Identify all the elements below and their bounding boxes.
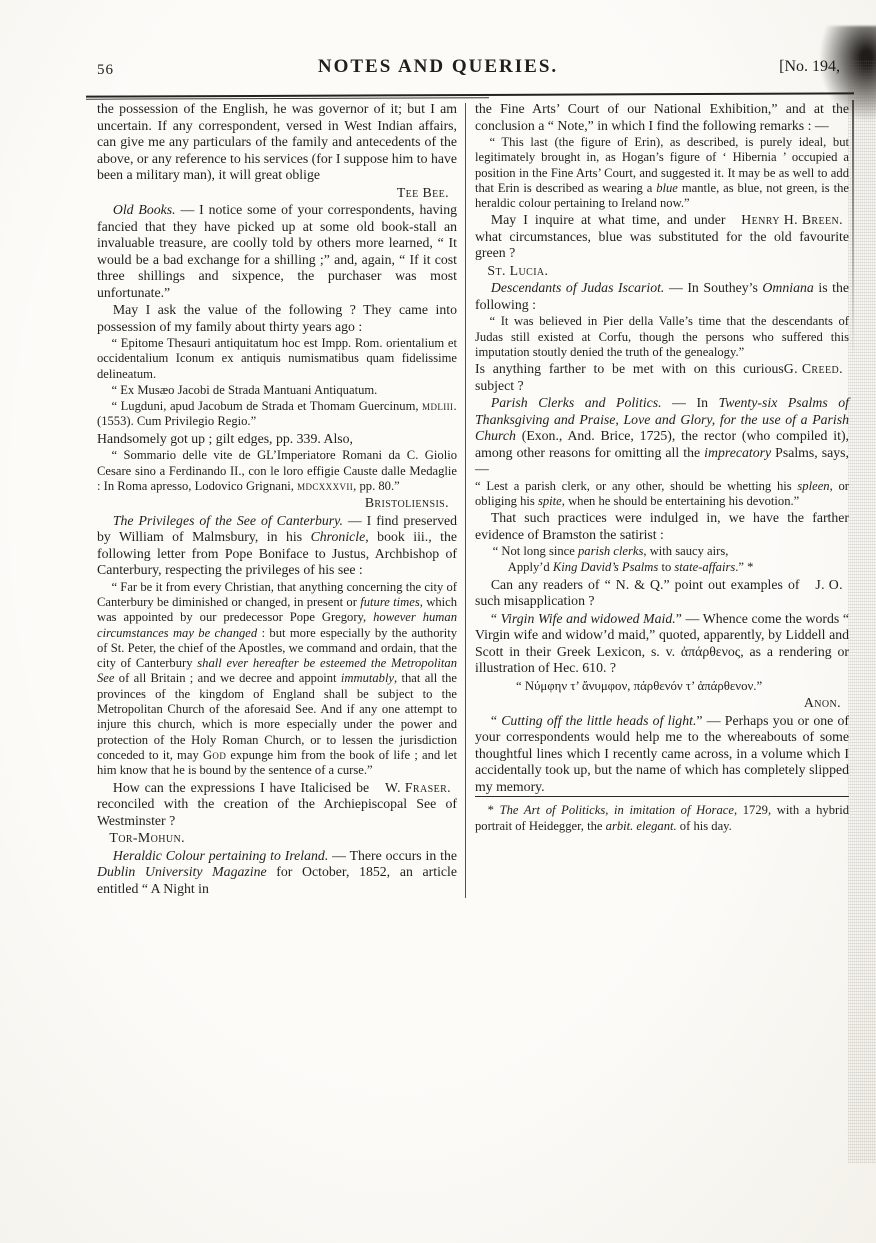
text-run: Omniana (762, 280, 813, 295)
text-run: “ Sommario delle vite de GL’Imperiatore … (97, 448, 457, 493)
text-run: Can any readers of “ N. & Q.” point out … (475, 577, 799, 609)
paragraph-quote: “ Lugduni, apud Jacobum de Strada et Tho… (97, 399, 457, 430)
text-run: Dublin University Magazine (97, 864, 267, 879)
text-run: “ Not long since (493, 544, 578, 558)
query-heraldic-colour: Heraldic Colour pertaining to Ireland. —… (97, 848, 457, 898)
text-run: “ (491, 611, 501, 626)
query-cutting-off: “ Cutting off the little heads of light.… (475, 713, 849, 796)
text-run: Tee Bee. (397, 185, 449, 200)
paragraph-para: G. Creed.Is anything farther to be met w… (475, 361, 849, 394)
text-run: God (203, 748, 226, 762)
paragraph-para: That such practices were indulged in, we… (475, 510, 849, 543)
text-run: The Art of Politicks, in imitation of Ho… (500, 803, 734, 817)
right-column: the Fine Arts’ Court of our National Exh… (475, 101, 849, 898)
text-run: of his day. (677, 819, 732, 833)
paragraph-quote: “ Epitome Thesauri antiquitatum hoc est … (97, 336, 457, 382)
text-run: immutably (341, 671, 394, 685)
text-run: arbit. elegant. (606, 819, 677, 833)
scanned-page: 56 NOTES AND QUERIES. [No. 194, the poss… (0, 0, 876, 1243)
text-run: mdliii. (422, 399, 457, 413)
signature: W. Fraser. (369, 780, 457, 797)
text-run: Virgin Wife and widowed Maid. (501, 611, 676, 626)
signature-bristoliensis: Bristoliensis. (97, 495, 457, 512)
text-run: Anon. (804, 695, 841, 710)
text-run: Descendants of Judas Iscariot. (491, 280, 665, 295)
paragraph-para: May I ask the value of the following ? T… (97, 302, 457, 335)
text-run: , when he should be entertaining his dev… (562, 494, 799, 508)
text-run: state-affairs (674, 560, 735, 574)
text-run: Apply’d (508, 560, 553, 574)
paragraph-para: Handsomely got up ; gilt edges, pp. 339.… (97, 431, 457, 448)
text-run: May I ask the value of the following ? T… (97, 302, 457, 334)
place-st-lucia: St. Lucia. (475, 263, 849, 280)
signature: J. O. (799, 577, 849, 594)
text-run: * (488, 803, 500, 817)
text-run: — In (662, 395, 719, 410)
text-run: — There occurs in the (328, 848, 457, 863)
text-run: the possession of the English, he was go… (97, 101, 457, 182)
text-run: Tor-Mohun. (109, 830, 185, 845)
text-run: Is anything farther to be met with on th… (475, 361, 784, 393)
paragraph-quote: “ Ex Musæo Jacobi de Strada Mantuani Ant… (97, 383, 457, 398)
signature: Henry H. Breen. (725, 212, 849, 229)
paragraph-quote: “ Lest a parish clerk, or any other, sho… (475, 479, 849, 510)
text-run: of all Britain ; and we decree and appoi… (114, 671, 340, 685)
text-run: “ It was believed in Pier della Valle’s … (475, 314, 849, 359)
text-run: Bristoliensis. (365, 495, 449, 510)
text-run: spleen (797, 479, 829, 493)
paragraph-quote: “ This last (the figure of Erin), as des… (475, 135, 849, 211)
paragraph-quote: “ Sommario delle vite de GL’Imperiatore … (97, 448, 457, 494)
text-run: to (658, 560, 674, 574)
scan-edge-noise (848, 60, 876, 1163)
text-run: blue (656, 181, 678, 195)
text-run: , with saucy airs, (643, 544, 728, 558)
paragraph-quote: “ Far be it from every Christian, that a… (97, 580, 457, 779)
text-run: “ Lest a parish clerk, or any other, sho… (475, 479, 797, 493)
continued-text: the possession of the English, he was go… (97, 101, 457, 184)
text-run: Old Books. (113, 202, 176, 217)
text-run: Parish Clerks and Politics. (491, 395, 662, 410)
header-rule-double (86, 97, 489, 99)
text-run: That such practices were indulged in, we… (475, 510, 849, 542)
verse-line: Apply’d King David’s Psalms to state-aff… (508, 560, 849, 576)
journal-title: NOTES AND QUERIES. (0, 56, 876, 78)
text-run: mdcxxxvii (297, 479, 353, 493)
text-run: Cutting off the little heads of light. (501, 713, 696, 728)
footnote-art-of-politicks: * The Art of Politicks, in imitation of … (475, 796, 849, 834)
signature-anon: Anon. (475, 695, 849, 712)
text-run: King David’s Psalms (553, 560, 658, 574)
text-run: “ Νύμφην τ’ ἄνυμφον, πάρθενόν τ’ ἀπάρθεν… (516, 679, 762, 693)
verse-line: “ Not long since parish clerks, with sau… (493, 544, 849, 560)
paragraph-quote: “ It was believed in Pier della Valle’s … (475, 314, 849, 360)
text-run: imprecatory (704, 445, 771, 460)
left-column: the possession of the English, he was go… (97, 101, 457, 898)
query-virgin-wife: “ Virgin Wife and widowed Maid.” — Whenc… (475, 611, 849, 677)
text-run: The Privileges of the See of Canterbury. (113, 513, 343, 528)
text-run: parish clerks (578, 544, 643, 558)
query-parish-clerks: Parish Clerks and Politics. — In Twenty-… (475, 395, 849, 478)
text-run: Handsomely got up ; gilt edges, pp. 339.… (97, 431, 353, 446)
query-privileges-canterbury: The Privileges of the See of Canterbury.… (97, 513, 457, 579)
paragraph-para: W. Fraser.How can the expressions I have… (97, 780, 457, 830)
query-old-books: Old Books. — I notice some of your corre… (97, 202, 457, 301)
text-run: spite (538, 494, 562, 508)
text-run: the Fine Arts’ Court of our National Exh… (475, 101, 849, 133)
text-run: St. Lucia. (487, 263, 548, 278)
text-run: Chronicle (311, 529, 366, 544)
signature: G. Creed. (784, 361, 849, 378)
text-run: “ Lugduni, apud Jacobum de Strada et Tho… (111, 399, 422, 413)
paragraph-para: Henry H. Breen.May I inquire at what tim… (475, 212, 849, 262)
query-judas-descendants: Descendants of Judas Iscariot. — In Sout… (475, 280, 849, 313)
text-run: , pp. 80.” (353, 479, 400, 493)
continued-text: the Fine Arts’ Court of our National Exh… (475, 101, 849, 134)
greek-quotation: “ Νύμφην τ’ ἄνυμφον, πάρθενόν τ’ ἀπάρθεν… (475, 678, 849, 695)
paragraph-para: J. O.Can any readers of “ N. & Q.” point… (475, 577, 849, 610)
text-run: — In Southey’s (664, 280, 762, 295)
text-run: future times (360, 595, 420, 609)
text-run: “ Ex Musæo Jacobi de Strada Mantuani Ant… (111, 383, 377, 397)
text-run: Heraldic Colour pertaining to Ireland. (113, 848, 328, 863)
column-divider (465, 103, 466, 898)
bramston-verse: “ Not long since parish clerks, with sau… (475, 544, 849, 575)
text-run: .” * (735, 560, 753, 574)
text-run: (1553). Cum Privilegio Regio.” (97, 414, 256, 428)
text-block: the possession of the English, he was go… (97, 101, 849, 898)
signature-tee-bee: Tee Bee. (97, 185, 457, 202)
text-run: “ (491, 713, 501, 728)
place-tor-mohun: Tor-Mohun. (97, 830, 457, 847)
text-run: “ Epitome Thesauri antiquitatum hoc est … (97, 336, 457, 381)
